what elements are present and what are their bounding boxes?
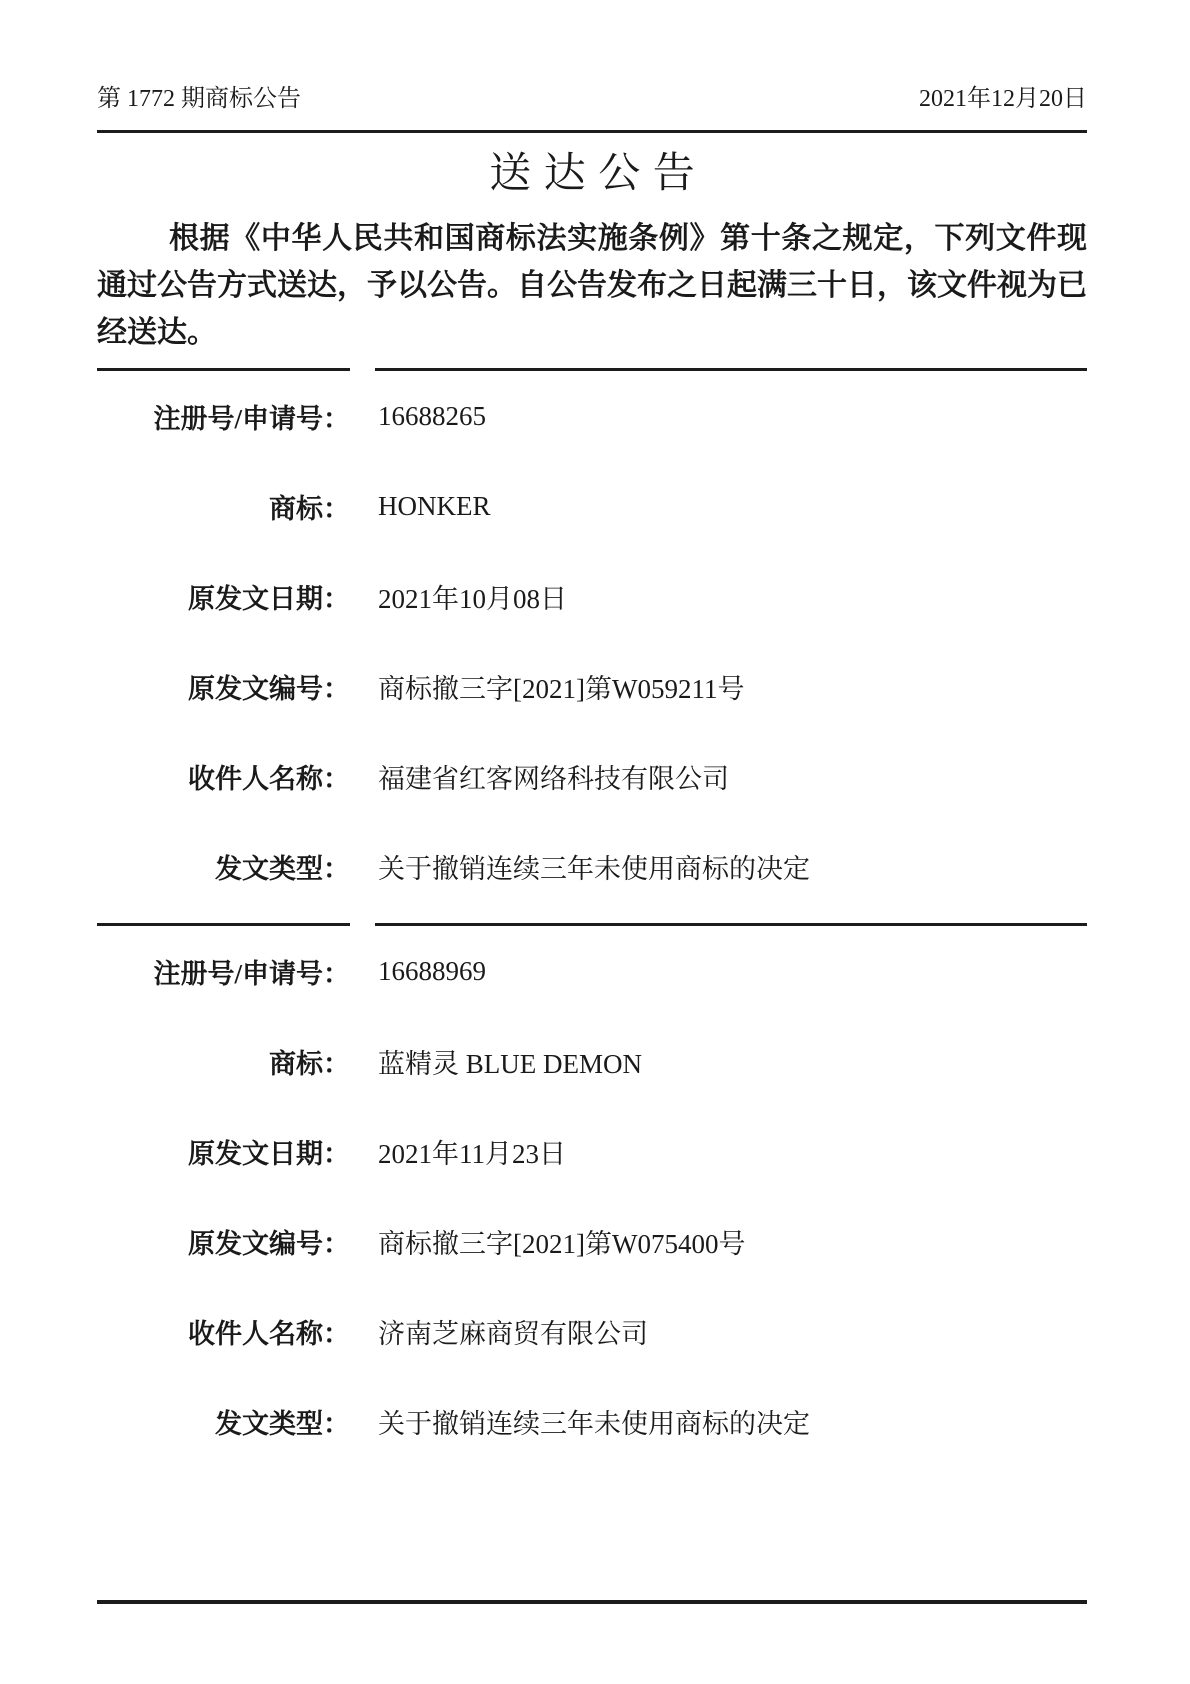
gazette-page: 第 1772 期商标公告 2021年12月20日 送 达 公 告 根据《中华人民… (0, 0, 1190, 1684)
field-row: 收件人名称： 济南芝麻商贸有限公司 (97, 1286, 1087, 1376)
field-value: 济南芝麻商贸有限公司 (350, 1312, 648, 1351)
record-separator (97, 923, 1087, 926)
field-row: 原发文编号： 商标撤三字[2021]第W075400号 (97, 1196, 1087, 1286)
field-label: 收件人名称： (97, 1312, 350, 1351)
field-value: 蓝精灵 BLUE DEMON (350, 1042, 642, 1081)
field-label: 原发文日期： (97, 577, 350, 616)
field-value: 关于撤销连续三年未使用商标的决定 (350, 1402, 810, 1441)
field-value: 商标撤三字[2021]第W059211号 (350, 667, 744, 706)
field-row: 发文类型： 关于撤销连续三年未使用商标的决定 (97, 821, 1087, 911)
field-label: 注册号/申请号： (97, 397, 350, 436)
field-value: 16688969 (350, 956, 486, 987)
field-label: 发文类型： (97, 1402, 350, 1441)
field-value: 福建省红客网络科技有限公司 (350, 757, 729, 796)
record-separator (97, 368, 1087, 371)
field-label: 商标： (97, 1042, 350, 1081)
gazette-date: 2021年12月20日 (919, 84, 1087, 114)
page-header: 第 1772 期商标公告 2021年12月20日 (97, 0, 1087, 114)
field-label: 原发文日期： (97, 1132, 350, 1171)
field-value: 2021年10月08日 (350, 577, 567, 616)
field-row: 注册号/申请号： 16688265 (97, 371, 1087, 461)
field-value: 16688265 (350, 401, 486, 432)
record-separator-segment (97, 923, 350, 926)
header-rule (97, 130, 1087, 133)
field-row: 原发文日期： 2021年11月23日 (97, 1106, 1087, 1196)
record-separator-segment (375, 923, 1087, 926)
field-label: 注册号/申请号： (97, 952, 350, 991)
field-row: 注册号/申请号： 16688969 (97, 926, 1087, 1016)
field-row: 原发文编号： 商标撤三字[2021]第W059211号 (97, 641, 1087, 731)
bottom-spacer (97, 1466, 1087, 1600)
field-row: 商标： 蓝精灵 BLUE DEMON (97, 1016, 1087, 1106)
field-row: 商标： HONKER (97, 461, 1087, 551)
gazette-issue: 第 1772 期商标公告 (97, 84, 301, 114)
field-label: 商标： (97, 487, 350, 526)
field-value: 商标撤三字[2021]第W075400号 (350, 1222, 745, 1261)
page-content: 第 1772 期商标公告 2021年12月20日 送 达 公 告 根据《中华人民… (97, 0, 1087, 1604)
record-separator-segment (375, 368, 1087, 371)
field-value: 关于撤销连续三年未使用商标的决定 (350, 847, 810, 886)
field-label: 发文类型： (97, 847, 350, 886)
field-row: 收件人名称： 福建省红客网络科技有限公司 (97, 731, 1087, 821)
field-value: 2021年11月23日 (350, 1132, 566, 1171)
field-row: 原发文日期： 2021年10月08日 (97, 551, 1087, 641)
record-separator-segment (97, 368, 350, 371)
record-section-1: 注册号/申请号： 16688265 商标： HONKER 原发文日期： 2021… (97, 368, 1087, 911)
field-label: 原发文编号： (97, 1222, 350, 1261)
page-title: 送 达 公 告 (97, 149, 1087, 199)
field-value: HONKER (350, 491, 491, 522)
field-row: 发文类型： 关于撤销连续三年未使用商标的决定 (97, 1376, 1087, 1466)
intro-paragraph: 根据《中华人民共和国商标法实施条例》第十条之规定，下列文件现通过公告方式送达，予… (97, 215, 1087, 356)
field-label: 原发文编号： (97, 667, 350, 706)
record-section-2: 注册号/申请号： 16688969 商标： 蓝精灵 BLUE DEMON 原发文… (97, 923, 1087, 1466)
bottom-rule (97, 1600, 1087, 1604)
field-label: 收件人名称： (97, 757, 350, 796)
